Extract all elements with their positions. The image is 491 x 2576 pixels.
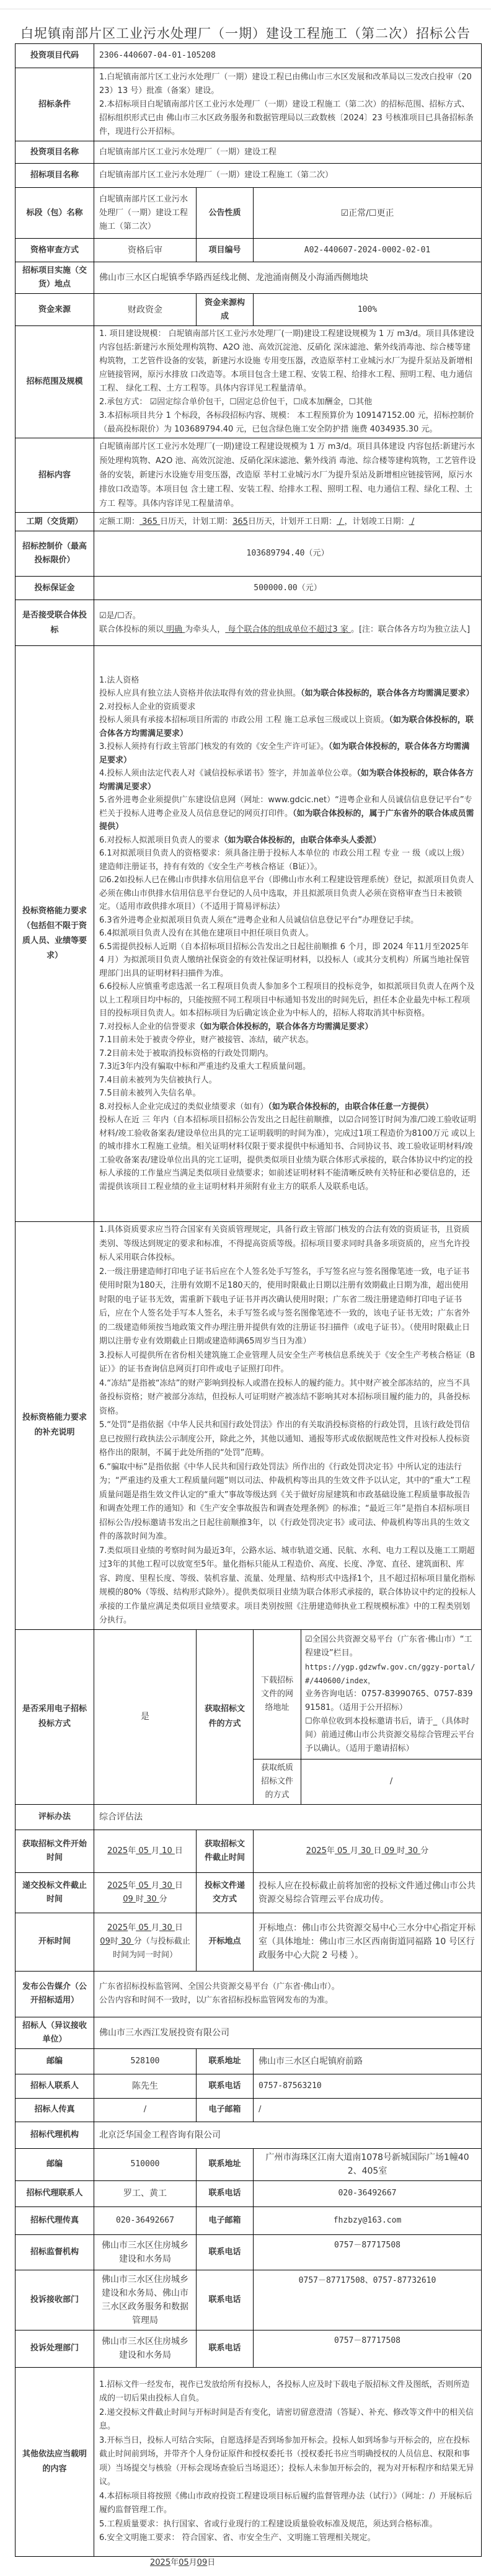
row-agency-contact: 招标代理联系人 罗工、黄工 联系电话 020-36492667 bbox=[15, 2180, 482, 2206]
nature-opt-normal: 正常/ bbox=[348, 208, 369, 218]
content-value: 白坭镇南部片区工业污水处理厂(一期)建设工程建设规模为 1 万 m3/d。项目具… bbox=[94, 438, 482, 513]
day: 30 bbox=[159, 1881, 175, 1890]
text: 投标人须具有承接本招标项目所需的 市政公用 工程 施工总承包三级或以上资质。 bbox=[99, 715, 389, 725]
text: 6.对投标人拟派项目负责人的要求 bbox=[99, 836, 219, 845]
control-price-value: 103689794.40（元） bbox=[94, 531, 482, 577]
text: 2.对投标人企业的资质要求 bbox=[99, 702, 195, 712]
row-qualification: 投标资格能力要求（包括但不限于资质人员、业绩等要求） 1.法人资格 投标人应具有… bbox=[15, 646, 482, 1222]
phone-label: 联系电话 bbox=[197, 2074, 254, 2098]
text: 7.3近3年内没有骗取中标和严重违约及重大工程质量问题。 bbox=[99, 1062, 311, 1071]
other-value: 1.招标文件一经发布，视作已发放给所有投标人，各投标人应及时下载电子版招标文件及… bbox=[94, 2367, 482, 2556]
text: ，计划竣工日期： bbox=[345, 517, 409, 526]
label: 招标条件 bbox=[15, 68, 94, 141]
nature-label: 公告性质 bbox=[197, 188, 254, 239]
label: 投标资格能力要求的补充说明 bbox=[15, 1222, 94, 1630]
label: 评标办法 bbox=[15, 1804, 94, 1830]
qual-item: 1.法人资格 bbox=[99, 674, 476, 688]
year: 2025 bbox=[107, 1881, 128, 1890]
row-complaint-handle: 投诉处理部门 佛山市三水区住房城乡建设和水务局 联系电话 0757－877175… bbox=[15, 2330, 482, 2367]
section-name-value: 白坭镇南部片区工业污水处理厂（一期）建设工程施工（第二次） bbox=[94, 188, 197, 239]
consortium-desc: 联合体投标的须以 明确 为牵头人， 每个联合体的组成单位不超过3 家 。[注：联… bbox=[99, 623, 476, 637]
label: 招标代理联系人 bbox=[15, 2180, 94, 2206]
row-control-price: 招标控制价（最高投标限价） 103689794.40（元） bbox=[15, 531, 482, 577]
agency-value: 北京泛华国金工程咨询有限公司 bbox=[94, 2122, 482, 2148]
row-supervisor: 招标监督机构 佛山市三水区住房城乡建设和水务局 联系电话 0757－877175… bbox=[15, 2234, 482, 2270]
qual-item: 7.对投标人企业的信誉要求（如为联合体投标的，联合体各方均需满足要求） bbox=[99, 1020, 476, 1034]
qual-item: 2.对投标人企业的资质要求 bbox=[99, 701, 476, 714]
row-media: 发布公告媒介（公开招标适用） 广东省招标投标监管网、全国公共资源交易平台（广东省… bbox=[15, 1971, 482, 2017]
text: 投标人应具有独立法人资格并依法取得有效的营业执照。 bbox=[99, 689, 301, 698]
text: 7.对投标人企业的信誉要求 bbox=[99, 1022, 195, 1032]
label: 递交投标文件截止时间 bbox=[15, 1872, 94, 1913]
paper-method-label: 获取纸质招标文件的方式 bbox=[254, 1759, 301, 1804]
year: 2025 bbox=[107, 1846, 128, 1856]
label: 投资项目代码 bbox=[15, 44, 94, 68]
text: 6.3省外进粤企业拟派项目负责人须在“进粤企业和人员诚信信息登记平台”办理登记手… bbox=[99, 916, 418, 925]
supp-item: 6.“骗取中标”是指依据《中华人民共和国行政处罚法》所作出的《行政处罚决定书》中… bbox=[99, 1461, 476, 1544]
day: 30 bbox=[358, 1846, 374, 1856]
project-number-label: 项目编号 bbox=[197, 239, 254, 262]
funding-composition-label: 资金来源构成 bbox=[197, 294, 254, 326]
qual-item: 7.2目前未处于被取消投标资格的行政处罚期内。 bbox=[99, 1047, 476, 1061]
text: 7.1目前未处于被责令停业，财产被接管、冻结，破产状态。 bbox=[99, 1035, 314, 1045]
text: 6.1对拟派项目负责人的资格要求：须具备注册于投标人本单位的 市政公用工程 专业… bbox=[99, 849, 469, 872]
label: 招标人（异议接收单位） bbox=[15, 2017, 94, 2048]
download-address-label: 下载招标文件的网络地址 bbox=[254, 1629, 301, 1759]
supervisor-value: 佛山市三水区住房城乡建设和水务局 bbox=[94, 2234, 197, 2270]
row-scope: 招标范围及规模 1. 项目建设规模： 白坭镇南部片区工业污水处理厂(一期)建设工… bbox=[15, 326, 482, 438]
download-address-value: ☑全国公共资源交易平台（广东省·佛山市）“工程建设”栏目。 https://yg… bbox=[301, 1629, 482, 1759]
row-funding: 资金来源 财政资金 资金来源构成 100% bbox=[15, 294, 482, 326]
supp-item: 2.一级注册建造师打印电子证书后应在个人签名处手写签名，手写签名应与签名图像笔迹… bbox=[99, 1265, 476, 1349]
phone-value: 0757-87563210 bbox=[254, 2074, 482, 2098]
text: 投标人在近 三 年内（自本招标项目招标公告发出之日起往前顺推，以☑合同签订时间为… bbox=[99, 1115, 476, 1192]
qual-item: 6.3省外进粤企业拟派项目负责人须在“进粤企业和人员诚信信息登记平台”办理登记手… bbox=[99, 914, 476, 927]
scope-p3: 3.本招标项目共分 1 个标段，各标段招标内容、规模： 本工程预算价为 1091… bbox=[99, 409, 476, 436]
supp-item: 5.“处罚”是指依据《中华人民共和国行政处罚法》作出的有关取消投标资格的行政处罚… bbox=[99, 1419, 476, 1461]
consortium-value: ☑是/☐否。 联合体投标的须以 明确 为牵头人， 每个联合体的组成单位不超过3 … bbox=[94, 600, 482, 646]
label: 获取招标文件开始时间 bbox=[15, 1830, 94, 1872]
row-evaluation: 评标办法 综合评估法 bbox=[15, 1804, 482, 1830]
text: 1.法人资格 bbox=[99, 676, 139, 685]
row-submit: 递交投标文件截止时间 2025年 05 月 30 日 09 时 30 分 投标文… bbox=[15, 1872, 482, 1913]
label: 招标控制价（最高投标限价） bbox=[15, 531, 94, 577]
row-complaint-recv: 投诉接收部门 佛山市三水区住房城乡建设和水务局、佛山市三水区政务服务和数据管理局… bbox=[15, 2270, 482, 2330]
address-value: 佛山市三水区白坭镇府前路 bbox=[254, 2048, 482, 2074]
text: 为牵头人， bbox=[185, 625, 225, 634]
hour: 09 bbox=[123, 1895, 136, 1904]
label: 工期（交货期） bbox=[15, 513, 94, 531]
phone-label: 联系电话 bbox=[197, 2330, 254, 2367]
supp-item: 7.类似项目业绩的考察时间为最近3年，公路水运、城市轨道交通、民航、水利、电力工… bbox=[99, 1544, 476, 1628]
condition-2: 2.本招标项目白坭镇南部片区工业污水处理厂（一期）建设工程施工（第二次）的招标范… bbox=[99, 98, 476, 139]
opening-place-label: 开标地点 bbox=[197, 1913, 254, 1971]
row-review: 资格审查方式 资格后审 项目编号 A02-440607-2024-0002-02… bbox=[15, 239, 482, 262]
year: 2025 bbox=[150, 2558, 170, 2567]
row-tender-name: 招标项目名称 白坭镇南部片区工业污水处理厂（一期）建设工程施工（第二次） bbox=[15, 164, 482, 188]
row-conditions: 招标条件 1.白坭镇南部片区工业污水处理厂（一期）建设工程已由佛山市三水区发展和… bbox=[15, 68, 482, 141]
row-tenderer: 招标人（异议接收单位） 佛山市三水西江发展投资有限公司 bbox=[15, 2017, 482, 2048]
start-date: / bbox=[337, 517, 345, 526]
minute: 30 bbox=[118, 1937, 134, 1946]
label: 招标人联系人 bbox=[15, 2074, 94, 2098]
row-location: 招标项目实施（交货）地点 佛山市三水区白坭镇季华路西延线北侧、龙池涌南侧及小海涌… bbox=[15, 262, 482, 294]
day: 09 bbox=[197, 2558, 208, 2567]
label: 招标项目实施（交货）地点 bbox=[15, 262, 94, 294]
other-item: 4.本招标项目将按照《佛山市政府投资工程建设项目标后履约监督管理办法（试行）》（… bbox=[99, 2490, 476, 2518]
complaint-handle-value: 佛山市三水区住房城乡建设和水务局 bbox=[94, 2330, 197, 2367]
checkbox-checked-icon[interactable]: ☑ bbox=[341, 208, 349, 218]
qualification-value: 1.法人资格 投标人应具有独立法人资格并依法取得有效的营业执照。（如为联合体投标… bbox=[94, 646, 482, 1222]
supp-item: 1.具体资质要求应当符合国家有关资质管理规定，具备行政主管部门核发的合法有效的资… bbox=[99, 1223, 476, 1265]
qual-item: 7.5目前未被列入失信名单。 bbox=[99, 1087, 476, 1100]
row-invest-name: 投资项目名称 白坭镇南部片区工业污水处理厂（一期）建设工程 bbox=[15, 141, 482, 164]
row-tenderer-contact: 招标人联系人 陈先生 联系电话 0757-87563210 bbox=[15, 2074, 482, 2098]
phone-value: 0757－87717508 bbox=[254, 2330, 482, 2367]
row-content: 招标内容 白坭镇南部片区工业污水处理厂(一期)建设工程建设规模为 1 万 m3/… bbox=[15, 438, 482, 513]
hour: 09 bbox=[100, 1937, 110, 1946]
quota-days: 365 bbox=[139, 517, 160, 526]
label: 招标代理传真 bbox=[15, 2206, 94, 2234]
phone-value: 0757－87717508、0757-87732610 bbox=[254, 2270, 482, 2330]
contract-type-label: 2.承包方式： bbox=[99, 397, 147, 407]
condition-1: 1.白坭镇南部片区工业污水处理厂（一期）建设工程已由佛山市三水区发展和改革局以三… bbox=[99, 71, 476, 98]
paper-method-value: / bbox=[301, 1759, 482, 1804]
media-value: 广东省招标投标监管网、全国公共资源交易平台（广东省·佛山市）。 公告内容和时间不… bbox=[94, 1971, 482, 2017]
media-line: 公告内容和时间不一致时，以广东省招标投标监管网发布的为准。 bbox=[99, 1994, 476, 2007]
top-divider bbox=[0, 9, 491, 9]
obtain-method-label: 获取招标文件的方式 bbox=[197, 1629, 254, 1804]
phone-value: 0757－87717508 bbox=[254, 2234, 482, 2270]
nature-value: ☑正常/☐更正 bbox=[254, 188, 482, 239]
label: 投诉接收部门 bbox=[15, 2270, 94, 2330]
text: 7.4目前未被列为失信被执行人。 bbox=[99, 1076, 217, 1085]
invest-name-value: 白坭镇南部片区工业污水处理厂（一期）建设工程 bbox=[94, 141, 482, 164]
contact-value: 罗工、黄工 bbox=[94, 2180, 197, 2206]
row-period: 工期（交货期） 定额工期： 365 日历天，计划工期：365日历天，计划开工日期… bbox=[15, 513, 482, 531]
qual-item: 5.省外进粤企业须提供广东建设信息网（网址：www.gdcic.net）“进粤企… bbox=[99, 794, 476, 834]
text: ☑6.2如投标人已在佛山市供排水信用信息平台（即佛山市水利工程建设管理系统）登记… bbox=[99, 875, 474, 911]
submit-deadline-value: 2025年 05 月 30 日 09 时 30 分 bbox=[94, 1872, 197, 1913]
zip-value: 510000 bbox=[94, 2148, 197, 2180]
qual-item: 7.3近3年内没有骗取中标和严重违约及重大工程质量问题。 bbox=[99, 1060, 476, 1074]
contract-type-options[interactable]: ☑固定综合单价包干，☐固定总价包干，☐成本加酬金，☐其他 bbox=[150, 397, 373, 407]
checkbox-unchecked-icon[interactable]: ☐ bbox=[369, 208, 377, 218]
row-supplement: 投标资格能力要求的补充说明 1.具体资质要求应当符合国家有关资质管理规定，具备行… bbox=[15, 1222, 482, 1630]
text: 4.投标人须由法定代表人对《诚信投标承诺书》签字，并加盖单位公章。 bbox=[99, 769, 356, 778]
label: 发布公告媒介（公开招标适用） bbox=[15, 1971, 94, 2017]
phone-label: 联系电话 bbox=[197, 2234, 254, 2270]
text: 8.对投标人企业完成过的类似业绩要求（如有） bbox=[99, 1102, 268, 1112]
end-date: / bbox=[409, 517, 415, 526]
label: 资格审查方式 bbox=[15, 239, 94, 262]
qual-item: 7.1目前未处于被责令停业，财产被接管、冻结，破产状态。 bbox=[99, 1033, 476, 1047]
text: 6.6投标人应慎重考虑选派一名工程项目负责人参加多个工程项目的投标竞争，如拟派项… bbox=[99, 982, 475, 1018]
qual-item: 6.4拟派项目负责人没有在其他在建项目中担任项目负责人。 bbox=[99, 927, 476, 941]
funding-composition-value: 100% bbox=[254, 294, 482, 326]
qual-item: 6.5需提供投标人近期（自本招标项目招标公告发出之日起往前顺推 6 个月，即 2… bbox=[99, 941, 476, 981]
label: 投标资格能力要求（包括但不限于资质人员、业绩等要求） bbox=[15, 646, 94, 1222]
evaluation-value: 综合评估法 bbox=[94, 1804, 482, 1830]
supp-item: 3.投标人可提供所在省份相关建筑施工企业管理人员安全生产考核信息系统关于《安全生… bbox=[99, 1349, 476, 1377]
month: 05 bbox=[179, 2558, 189, 2567]
phone-label: 联系电话 bbox=[197, 2180, 254, 2206]
tender-name-value: 白坭镇南部片区工业污水处理厂（一期）建设工程施工（第二次） bbox=[94, 164, 482, 188]
row-tenderer-fax: 招标人传真 / 电子邮箱 / bbox=[15, 2098, 482, 2122]
row-agency-zip: 邮编 510000 联系地址 广州市海珠区江南大道南1078号新城国际广场1幢4… bbox=[15, 2148, 482, 2180]
deposit-value: 500000.00（元） bbox=[94, 577, 482, 600]
qual-item: 8.对投标人企业完成过的类似业绩要求（如有）（如为联合体投标的，由联合体任意一方… bbox=[99, 1100, 476, 1114]
qual-item: 投标人须具有承接本招标项目所需的 市政公用 工程 施工总承包三级或以上资质。（如… bbox=[99, 714, 476, 740]
media-line: 广东省招标投标监管网、全国公共资源交易平台（广东省·佛山市）。 bbox=[99, 1980, 476, 1994]
label: 邮编 bbox=[15, 2148, 94, 2180]
text: 日历天，计划工期： bbox=[160, 517, 232, 526]
row-deposit: 投标保证金 500000.00（元） bbox=[15, 577, 482, 600]
label: 是否接受联合体投标 bbox=[15, 600, 94, 646]
label: 资金来源 bbox=[15, 294, 94, 326]
review-value: 资格后审 bbox=[94, 239, 197, 262]
nature-opt-correction: 更正 bbox=[376, 208, 394, 218]
scope-p2: 2.承包方式： ☑固定综合单价包干，☐固定总价包干，☐成本加酬金，☐其他 bbox=[99, 396, 476, 409]
text: 7.5目前未被列入失信名单。 bbox=[99, 1089, 201, 1098]
text: 日历天，计划开工日期： bbox=[248, 517, 337, 526]
electronic-value: 是 bbox=[94, 1629, 197, 1804]
row-agency: 招标代理机构 北京泛华国金工程咨询有限公司 bbox=[15, 2122, 482, 2148]
minute: 30 bbox=[405, 1846, 420, 1856]
text: 联合体投标的须以 bbox=[99, 625, 164, 634]
consortium-yes-no[interactable]: ☑是/☐否。 bbox=[99, 609, 476, 623]
other-item: 1.招标文件一经发布，视作已发放给所有投标人，各投标人应及时下载电子版招标文件及… bbox=[99, 2378, 476, 2406]
month: 05 bbox=[335, 1846, 350, 1856]
period-value: 定额工期： 365 日历天，计划工期：365日历天，计划开工日期： / ，计划竣… bbox=[94, 513, 482, 531]
label: 邮编 bbox=[15, 2048, 94, 2074]
email-label: 电子邮箱 bbox=[197, 2206, 254, 2234]
publish-date: 2025年05月09日 bbox=[150, 2556, 215, 2567]
label: 投诉处理部门 bbox=[15, 2330, 94, 2367]
submit-method-label: 投标文件递交方式 bbox=[197, 1872, 254, 1913]
email-link[interactable]: fhzbzy@163.com bbox=[254, 2206, 482, 2234]
supplement-value: 1.具体资质要求应当符合国家有关资质管理规定，具备行政主管部门核发的合法有效的资… bbox=[94, 1222, 482, 1630]
text: 。[注：联合体各方均为独立法人] bbox=[351, 625, 470, 634]
label: 招标人传真 bbox=[15, 2098, 94, 2122]
year: 2025 bbox=[107, 1923, 128, 1932]
bold-note: （如为联合体投标的，联合体各方均需满足要求） bbox=[195, 1022, 373, 1032]
label: 标段（包）名称 bbox=[15, 188, 94, 239]
label: 招标内容 bbox=[15, 438, 94, 513]
day: 30 bbox=[159, 1923, 175, 1932]
complaint-recv-value: 佛山市三水区住房城乡建设和水务局、佛山市三水区政务服务和数据管理局 bbox=[94, 2270, 197, 2330]
email-label: 电子邮箱 bbox=[197, 2098, 254, 2122]
qual-item: 7.4目前未被列为失信被执行人。 bbox=[99, 1074, 476, 1087]
obtain-end-label: 获取招标文件截止时间 bbox=[197, 1830, 254, 1872]
consult-phone: 业务咨询电话：0757-83990765、0757-83991581。（适用于公… bbox=[305, 1688, 477, 1715]
opening-time-value: 2025年 05 月 30 日09时 30 分（与投标截止时间为同一时间） bbox=[94, 1913, 197, 1971]
label: 招标项目名称 bbox=[15, 164, 94, 188]
label: 招标代理机构 bbox=[15, 2122, 94, 2148]
invite-option[interactable]: ☐你单位收到本投标邀请书后，请于_（具体时间）前通过佛山市公共资源交易综合管理云… bbox=[305, 1715, 477, 1756]
lead-party: 明确 bbox=[164, 625, 185, 634]
month: 05 bbox=[136, 1881, 151, 1890]
minute: 30 bbox=[144, 1895, 159, 1904]
qual-item: 6.1对拟派项目负责人的资格要求：须具备注册于投标人本单位的 市政公用工程 专业… bbox=[99, 847, 476, 874]
tenderer-value: 佛山市三水西江发展投资有限公司 bbox=[94, 2017, 482, 2048]
row-project-code: 投资项目代码 2306-440607-04-01-105208 bbox=[15, 44, 482, 68]
address-value: 广州市海珠区江南大道南1078号新城国际广场1幢402、405室 bbox=[254, 2148, 482, 2180]
scope-p1: 1. 项目建设规模： 白坭镇南部片区工业污水处理厂(一期)建设工程建设规模为 1… bbox=[99, 327, 476, 396]
phone-label: 联系电话 bbox=[197, 2270, 254, 2330]
qual-item: 4.投标人须由法定代表人对《诚信投标承诺书》签字，并加盖单位公章。（如为联合体投… bbox=[99, 767, 476, 794]
row-consortium: 是否接受联合体投标 ☑是/☐否。 联合体投标的须以 明确 为牵头人， 每个联合体… bbox=[15, 600, 482, 646]
label: 开标时间 bbox=[15, 1913, 94, 1971]
download-url-link[interactable]: https://ygp.gdzwfw.gov.cn/ggzy-portal/#/… bbox=[305, 1660, 477, 1688]
text: 7.2目前未处于被取消投标资格的行政处罚期内。 bbox=[99, 1049, 273, 1058]
row-section: 标段（包）名称 白坭镇南部片区工业污水处理厂（一期）建设工程施工（第二次） 公告… bbox=[15, 188, 482, 239]
other-item: 2.递交投标文件截止时间与开标时间是否有变化，请密切留意澄清（答疑）、补充、修改… bbox=[99, 2406, 476, 2434]
obtain-start-value: 2025年 05 月 10 日 bbox=[94, 1830, 197, 1872]
supp-item: 4.“冻结”是指被“冻结”的财产影响到投标人或潜在投标人的履约能力。其中财产被全… bbox=[99, 1377, 476, 1419]
label: 投资项目名称 bbox=[15, 141, 94, 164]
row-tenderer-zip: 邮编 528100 联系地址 佛山市三水区白坭镇府前路 bbox=[15, 2048, 482, 2074]
address-label: 联系地址 bbox=[197, 2048, 254, 2074]
address-label: 联系地址 bbox=[197, 2148, 254, 2180]
email-value: / bbox=[254, 2098, 482, 2122]
platform-option[interactable]: ☑全国公共资源交易平台（广东省·佛山市）“工程建设”栏目。 bbox=[305, 1633, 477, 1660]
project-number-value: A02-440607-2024-0002-02-01 bbox=[254, 239, 482, 262]
month: 05 bbox=[136, 1923, 151, 1932]
plan-days: 365 bbox=[232, 517, 248, 526]
hour: 09 bbox=[382, 1846, 397, 1856]
other-item: 5.工程质量要求：执行国家、省或行业现行的工程建设质量验收标准及规范，须达到合格… bbox=[99, 2518, 476, 2532]
row-agency-fax: 招标代理传真 020-36492667 电子邮箱 fhzbzy@163.com bbox=[15, 2206, 482, 2234]
text: 6.5需提供投标人近期（自本招标项目招标公告发出之日起往前顺推 6 个月，即 2… bbox=[99, 942, 469, 978]
scope-value: 1. 项目建设规模： 白坭镇南部片区工业污水处理厂(一期)建设工程建设规模为 1… bbox=[94, 326, 482, 438]
obtain-end-value: 2025年 05 月 30 日 09 时 30 分 bbox=[254, 1830, 482, 1872]
zip-value: 528100 bbox=[94, 2048, 197, 2074]
day: 10 bbox=[159, 1846, 175, 1856]
funding-value: 财政资金 bbox=[94, 294, 197, 326]
contact-value: 陈先生 bbox=[94, 2074, 197, 2098]
other-item: 3.开标当日，投标人可结合实际，自愿选择是否到场参加开标会。投标人如到场参与开标… bbox=[99, 2434, 476, 2490]
row-opening: 开标时间 2025年 05 月 30 日09时 30 分（与投标截止时间为同一时… bbox=[15, 1913, 482, 1971]
qual-item: 投标人应具有独立法人资格并依法取得有效的营业执照。（如为联合体投标的，联合体各方… bbox=[99, 687, 476, 701]
tender-notice-table: 投资项目代码 2306-440607-04-01-105208 招标条件 1.白… bbox=[15, 43, 482, 2557]
row-obtain: 获取招标文件开始时间 2025年 05 月 10 日 获取招标文件截止时间 20… bbox=[15, 1830, 482, 1872]
label: 其他依法应当载明的内容 bbox=[15, 2367, 94, 2556]
other-item: 6.安全文明施工要求： 符合国家、省、市安全生产、文明施工管理相关规定。 bbox=[99, 2531, 476, 2546]
text: 6.4拟派项目负责人没有在其他在建项目中担任项目负责人。 bbox=[99, 929, 314, 938]
qual-item: 6.对投标人拟派项目负责人的要求（如为联合体投标的，由联合体牵头人委派） bbox=[99, 834, 476, 848]
project-code-value: 2306-440607-04-01-105208 bbox=[94, 44, 482, 68]
row-other: 其他依法应当载明的内容 1.招标文件一经发布，视作已发放给所有投标人，各投标人应… bbox=[15, 2367, 482, 2556]
bold-note: （如为联合体投标的，联合体各方均需满足要求） bbox=[301, 689, 474, 698]
fax-value: 020-36492667 bbox=[94, 2206, 197, 2234]
label: 投标保证金 bbox=[15, 577, 94, 600]
page-title: 白坭镇南部片区工业污水处理厂（一期）建设工程施工（第二次）招标公告 bbox=[0, 24, 491, 42]
qual-item: 6.6投标人应慎重考虑选派一名工程项目负责人参加多个工程项目的投标竞争，如拟派项… bbox=[99, 980, 476, 1020]
text: 定额工期： bbox=[99, 517, 139, 526]
fax-value: / bbox=[94, 2098, 197, 2122]
qual-item: ☑6.2如投标人已在佛山市供排水信用信息平台（即佛山市水利工程建设管理系统）登记… bbox=[99, 874, 476, 914]
location-value: 佛山市三水区白坭镇季华路西延线北侧、龙池涌南侧及小海涌西侧地块 bbox=[94, 262, 482, 294]
member-limit: 每个联合体的组成单位不超过3 家 bbox=[225, 625, 351, 634]
conditions-value: 1.白坭镇南部片区工业污水处理厂（一期）建设工程已由佛山市三水区发展和改革局以三… bbox=[94, 68, 482, 141]
year: 2025 bbox=[306, 1846, 327, 1856]
submit-method-value: 投标人应在投标截止前将加密的投标文件通过佛山市公共资源交易综合管理云平台成功传。 bbox=[254, 1872, 482, 1913]
label: 招标范围及规模 bbox=[15, 326, 94, 438]
qual-item: 3.投标人须持有行政主管部门核发的有效的《安全生产许可证》。（如为联合体投标的，… bbox=[99, 740, 476, 767]
text: 3.投标人须持有行政主管部门核发的有效的《安全生产许可证》。 bbox=[99, 742, 329, 751]
month: 05 bbox=[136, 1846, 151, 1856]
bold-note: （如为联合体投标的，由联合体牵头人委派） bbox=[219, 836, 381, 845]
opening-place-value: 开标地点：佛山市公共资源交易中心三水分中心指定开标室（具体地址：佛山市三水区西南… bbox=[254, 1913, 482, 1971]
qual-item: 投标人在近 三 年内（自本招标项目招标公告发出之日起往前顺推，以☑合同签订时间为… bbox=[99, 1113, 476, 1193]
label: 招标监督机构 bbox=[15, 2234, 94, 2270]
label: 是否采用电子招标投标方式 bbox=[15, 1629, 94, 1804]
phone-value: 020-36492667 bbox=[254, 2180, 482, 2206]
row-electronic: 是否采用电子招标投标方式 是 获取招标文件的方式 下载招标文件的网络地址 ☑全国… bbox=[15, 1629, 482, 1759]
bold-note: （如为联合体投标的，由联合体任意一方提供） bbox=[268, 1102, 433, 1112]
